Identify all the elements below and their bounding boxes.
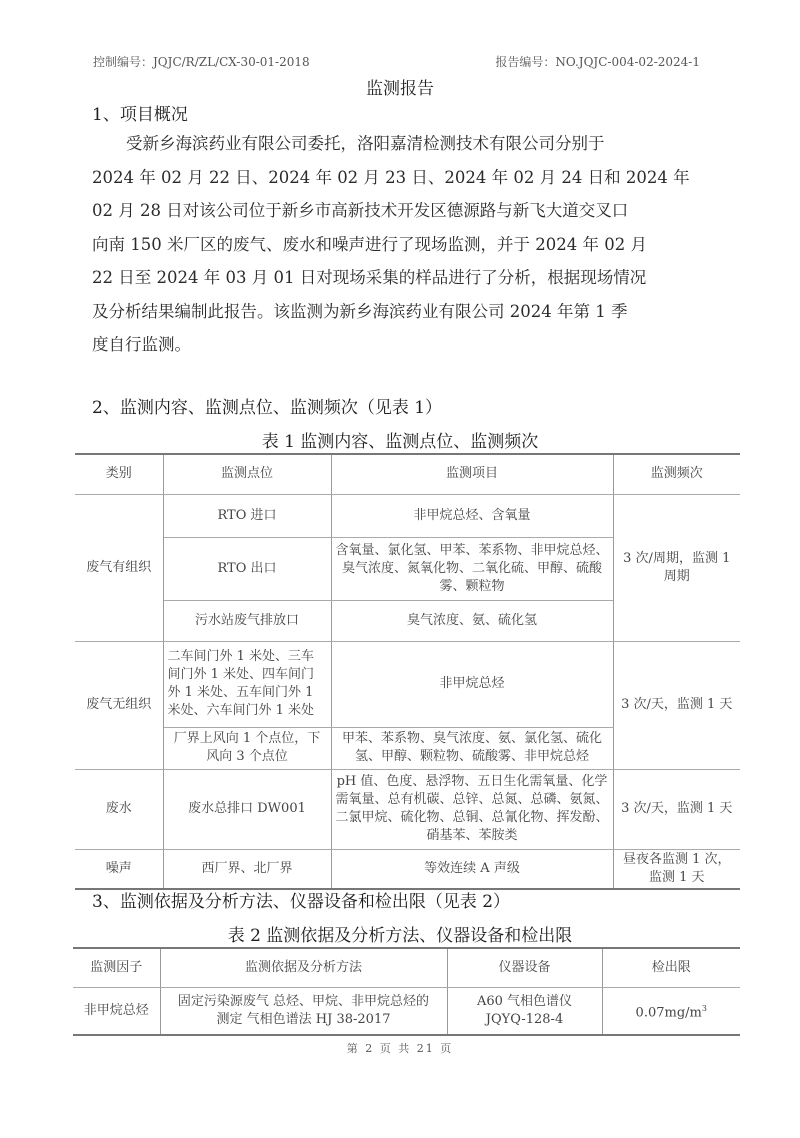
table-row: 废水 废水总排口 DW001 pH 值、色度、悬浮物、五日生化需氧量、化学需氧量…	[75, 769, 740, 849]
paragraph-line: 向南 150 米厂区的废气、废水和噪声进行了现场监测，并于 2024 年 02 …	[92, 228, 712, 262]
point-cell: 二车间门外 1 米处、三车间门外 1 米处、四车间门外 1 米处、五车间门外 1…	[163, 641, 331, 727]
method-line: 固定污染源废气 总烃、甲烷、非甲烷总烃的	[165, 993, 443, 1011]
category-cell: 噪声	[75, 849, 163, 889]
header-frequency: 监测频次	[613, 454, 740, 494]
point-cell: RTO 出口	[163, 537, 331, 600]
items-cell: pH 值、色度、悬浮物、五日生化需氧量、化学需氧量、总有机碳、总锌、总氮、总磷、…	[331, 769, 613, 849]
section-1-heading: 1、项目概况	[92, 100, 188, 125]
frequency-cell: 3 次/周期，监测 1 周期	[613, 494, 740, 641]
frequency-cell: 3 次/天，监测 1 天	[613, 641, 740, 769]
page-footer: 第 2 页 共 21 页	[0, 1040, 800, 1056]
limit-cell: 0.07mg/m3	[602, 987, 740, 1035]
instrument-line: A60 气相色谱仪	[452, 993, 598, 1011]
point-cell: 污水站废气排放口	[163, 600, 331, 641]
header-point: 监测点位	[163, 454, 331, 494]
table-row: 废气无组织 二车间门外 1 米处、三车间门外 1 米处、四车间门外 1 米处、五…	[75, 641, 740, 727]
report-number: 报告编号：NO.JQJC-004-02-2024-1	[495, 53, 700, 70]
method-cell: 固定污染源废气 总烃、甲烷、非甲烷总烃的 测定 气相色谱法 HJ 38-2017	[160, 987, 447, 1035]
section-3-heading: 3、监测依据及分析方法、仪器设备和检出限（见表 2）	[92, 887, 510, 912]
paragraph-line: 受新乡海滨药业有限公司委托，洛阳嘉清检测技术有限公司分别于	[92, 127, 712, 161]
point-cell: 废水总排口 DW001	[163, 769, 331, 849]
items-cell: 含氧量、氯化氢、甲苯、苯系物、非甲烷总烃、臭气浓度、氮氧化物、二氧化硫、甲醇、硫…	[331, 537, 613, 600]
category-cell: 废水	[75, 769, 163, 849]
items-cell: 臭气浓度、氨、硫化氢	[331, 600, 613, 641]
page-title: 监测报告	[0, 74, 800, 99]
table-2-methods: 监测因子 监测依据及分析方法 仪器设备 检出限 非甲烷总烃 固定污染源废气 总烃…	[73, 947, 740, 1036]
section-2-heading: 2、监测内容、监测点位、监测频次（见表 1）	[92, 393, 442, 418]
table-header-row: 监测因子 监测依据及分析方法 仪器设备 检出限	[73, 948, 740, 987]
method-line: 测定 气相色谱法 HJ 38-2017	[165, 1011, 443, 1029]
header-instrument: 仪器设备	[447, 948, 602, 987]
category-cell: 废气无组织	[75, 641, 163, 769]
table-row: 非甲烷总烃 固定污染源废气 总烃、甲烷、非甲烷总烃的 测定 气相色谱法 HJ 3…	[73, 987, 740, 1035]
paragraph-line: 度自行监测。	[92, 328, 712, 362]
header-factor: 监测因子	[73, 948, 160, 987]
limit-value: 0.07mg/m	[636, 1005, 702, 1020]
limit-superscript: 3	[702, 1004, 707, 1013]
table-1-monitoring-content: 类别 监测点位 监测项目 监测频次 废气有组织 RTO 进口 非甲烷总烃、含氧量…	[75, 453, 740, 890]
paragraph-line: 22 日至 2024 年 03 月 01 日对现场采集的样品进行了分析，根据现场…	[92, 261, 712, 295]
header-method: 监测依据及分析方法	[160, 948, 447, 987]
point-cell: RTO 进口	[163, 494, 331, 537]
paragraph-line: 2024 年 02 月 22 日、2024 年 02 月 23 日、2024 年…	[92, 161, 712, 195]
items-cell: 非甲烷总烃	[331, 641, 613, 727]
point-cell: 厂界上风向 1 个点位，下风向 3 个点位	[163, 727, 331, 769]
section-1-paragraph: 受新乡海滨药业有限公司委托，洛阳嘉清检测技术有限公司分别于 2024 年 02 …	[92, 127, 712, 362]
control-number: 控制编号：JQJC/R/ZL/CX-30-01-2018	[93, 53, 310, 70]
instrument-line: JQYQ-128-4	[452, 1011, 598, 1029]
items-cell: 甲苯、苯系物、臭气浓度、氨、氯化氢、硫化氢、甲醇、颗粒物、硫酸雾、非甲烷总烃	[331, 727, 613, 769]
point-cell: 西厂界、北厂界	[163, 849, 331, 889]
items-cell: 非甲烷总烃、含氧量	[331, 494, 613, 537]
items-cell: 等效连续 A 声级	[331, 849, 613, 889]
frequency-cell: 3 次/天，监测 1 天	[613, 769, 740, 849]
table-row: 废气有组织 RTO 进口 非甲烷总烃、含氧量 3 次/周期，监测 1 周期	[75, 494, 740, 537]
category-cell: 废气有组织	[75, 494, 163, 641]
table-2-caption: 表 2 监测依据及分析方法、仪器设备和检出限	[0, 921, 800, 946]
header-items: 监测项目	[331, 454, 613, 494]
paragraph-line: 及分析结果编制此报告。该监测为新乡海滨药业有限公司 2024 年第 1 季	[92, 295, 712, 329]
instrument-cell: A60 气相色谱仪 JQYQ-128-4	[447, 987, 602, 1035]
factor-cell: 非甲烷总烃	[73, 987, 160, 1035]
table-header-row: 类别 监测点位 监测项目 监测频次	[75, 454, 740, 494]
report-page: 控制编号：JQJC/R/ZL/CX-30-01-2018 报告编号：NO.JQJ…	[0, 0, 800, 1138]
paragraph-line: 02 月 28 日对该公司位于新乡市高新技术开发区德源路与新飞大道交叉口	[92, 194, 712, 228]
header-category: 类别	[75, 454, 163, 494]
header-limit: 检出限	[602, 948, 740, 987]
table-1-caption: 表 1 监测内容、监测点位、监测频次	[0, 427, 800, 452]
table-row: 噪声 西厂界、北厂界 等效连续 A 声级 昼夜各监测 1 次，监测 1 天	[75, 849, 740, 889]
frequency-cell: 昼夜各监测 1 次，监测 1 天	[613, 849, 740, 889]
